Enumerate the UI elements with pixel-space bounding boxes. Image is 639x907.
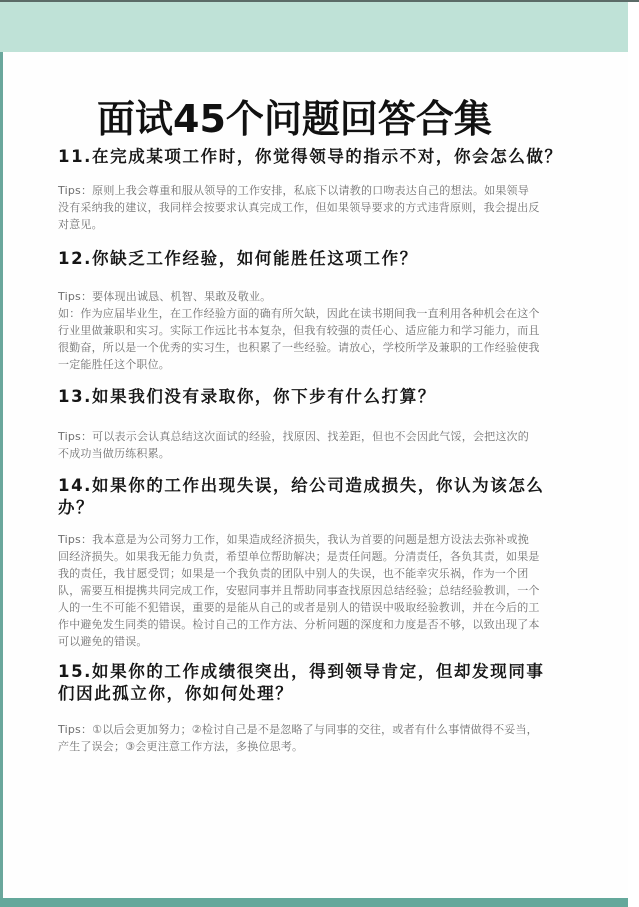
question-heading: 15.如果你的工作成绩很突出，得到领导肯定，但却发现同事们因此孤立你，你如何处理… — [58, 661, 548, 705]
question-heading: 11.在完成某项工作时，你觉得领导的指示不对，你会怎么做？ — [58, 146, 578, 168]
tips-text: Tips：原则上我会尊重和服从领导的工作安排，私底下以请教的口吻表达自己的想法。… — [58, 182, 540, 233]
tips-text: Tips：可以表示会认真总结这次面试的经验，找原因、找差距，但也不会因此气馁，会… — [58, 428, 540, 462]
question-11: 11.在完成某项工作时，你觉得领导的指示不对，你会怎么做？ Tips：原则上我会… — [58, 146, 578, 233]
tips-text: Tips：①以后会更加努力；②检讨自己是不是忽略了与同事的交往，或者有什么事情做… — [58, 721, 540, 755]
question-heading: 14.如果你的工作出现失误，给公司造成损失，你认为该怎么办？ — [58, 475, 558, 519]
footer-band — [0, 898, 628, 907]
tips-text: Tips：要体现出诚恳、机智、果敢及敬业。 — [58, 288, 540, 305]
tips-example-text: 如：作为应届毕业生，在工作经验方面的确有所欠缺，因此在读书期间我一直利用各种机会… — [58, 305, 540, 373]
question-tips: Tips：要体现出诚恳、机智、果敢及敬业。 如：作为应届毕业生，在工作经验方面的… — [58, 288, 540, 373]
header-band — [0, 2, 628, 52]
question-heading: 12.你缺乏工作经验，如何能胜任这项工作？ — [58, 248, 578, 270]
question-tips: Tips：可以表示会认真总结这次面试的经验，找原因、找差距，但也不会因此气馁，会… — [58, 428, 540, 462]
question-heading: 13.如果我们没有录取你，你下步有什么打算？ — [58, 386, 578, 408]
question-15: 15.如果你的工作成绩很突出，得到领导肯定，但却发现同事们因此孤立你，你如何处理… — [58, 661, 578, 755]
question-tips: Tips：①以后会更加努力；②检讨自己是不是忽略了与同事的交往，或者有什么事情做… — [58, 721, 540, 755]
page-title: 面试45个问题回答合集 — [97, 95, 492, 143]
question-13: 13.如果我们没有录取你，你下步有什么打算？ Tips：可以表示会认真总结这次面… — [58, 386, 578, 462]
question-12: 12.你缺乏工作经验，如何能胜任这项工作？ Tips：要体现出诚恳、机智、果敢及… — [58, 248, 578, 373]
question-tips: Tips：我本意是为公司努力工作，如果造成经济损失，我认为首要的问题是想方设法去… — [58, 531, 540, 650]
question-14: 14.如果你的工作出现失误，给公司造成损失，你认为该怎么办？ Tips：我本意是… — [58, 475, 578, 650]
question-tips: Tips：原则上我会尊重和服从领导的工作安排，私底下以请教的口吻表达自己的想法。… — [58, 182, 540, 233]
tips-text: Tips：我本意是为公司努力工作，如果造成经济损失，我认为首要的问题是想方设法去… — [58, 531, 540, 650]
